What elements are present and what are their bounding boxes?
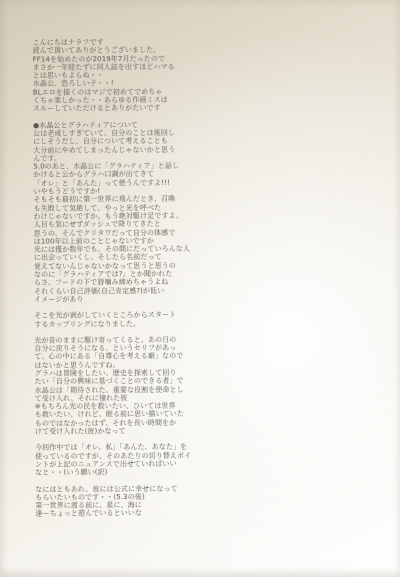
- text-line: イメージがあり: [34, 294, 229, 303]
- paragraph: 今回作中では「オレ、私」「あんた、あなた」を使っているのですが、そのあたりの切り…: [35, 443, 230, 477]
- text-line: けて受け入れた(彼)かなって: [35, 426, 230, 435]
- text-line: スルーしていただけるとありがたいです: [33, 104, 228, 113]
- paragraph: ●水晶公とグラハティアについて公は老成しすぎていて、自分のことは後回しにしそうだ…: [33, 120, 229, 304]
- scanned-page: こんにちはナラフです読んで頂いてありがとうございました。FF14を始めたのが20…: [0, 0, 400, 577]
- text-line: なと・・(いう願い(訳): [35, 468, 230, 477]
- text-line: 逢ーちょっと遊んでいるといいな: [35, 509, 230, 518]
- paragraph: そこを光が剥がしていくところからスタートするカップリングになりました。: [34, 311, 229, 329]
- paragraph: なにはともあれ、彼には公式に幸せになってもらいたいものです・・(5.3の後)第一…: [35, 484, 230, 518]
- paragraph: こんにちはナラフです読んで頂いてありがとうございました。FF14を始めたのが20…: [33, 37, 228, 113]
- text-line: するカップリングになりました。: [34, 319, 229, 328]
- afterword-text-block: こんにちはナラフです読んで頂いてありがとうございました。FF14を始めたのが20…: [33, 37, 231, 526]
- paragraph: 光が昔のままに駆け寄ってくると、あの日の自分に戻りそうになる、というセリフがあっ…: [34, 335, 230, 436]
